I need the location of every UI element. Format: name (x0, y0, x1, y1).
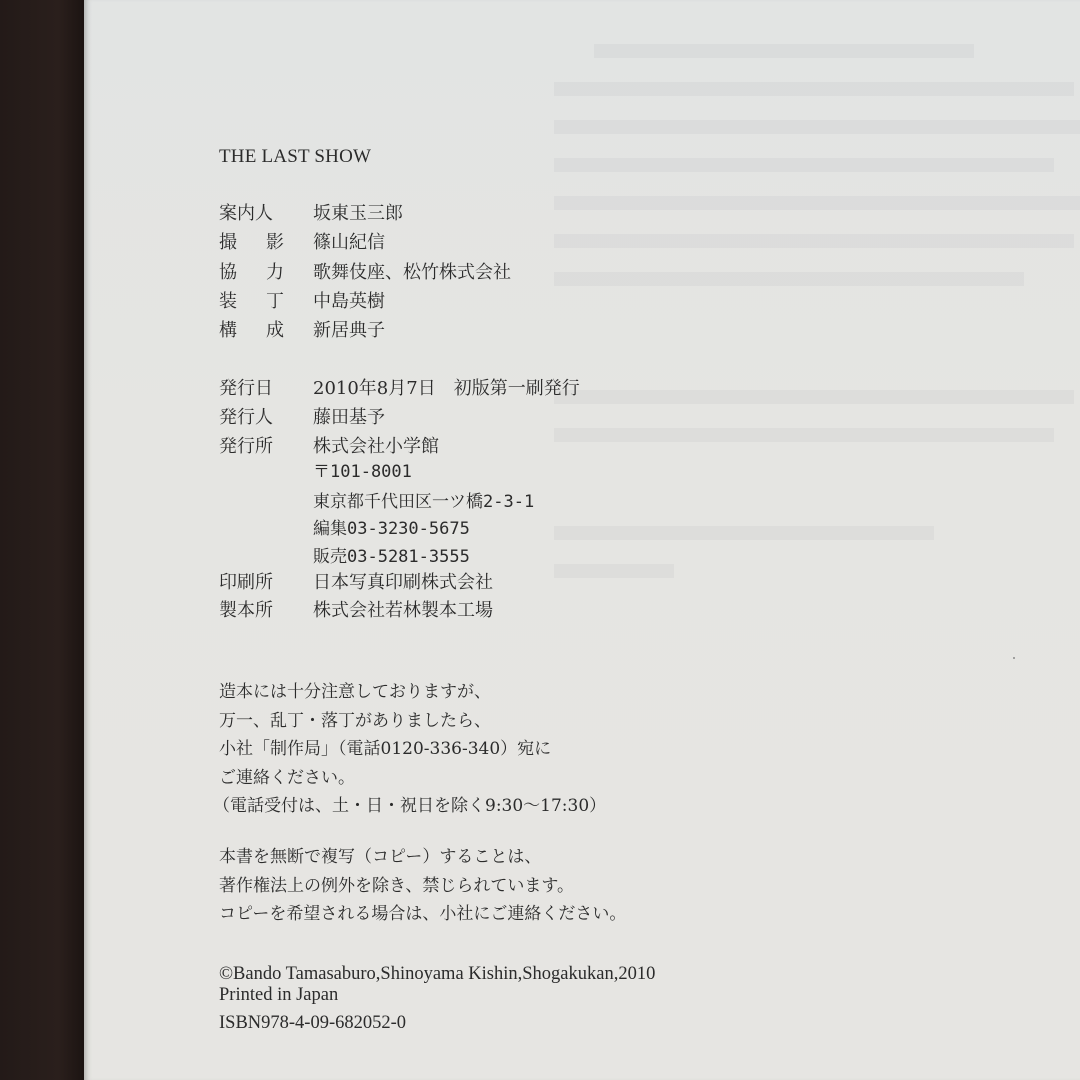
binder: 製本所株式会社若林製本工場 (219, 598, 493, 624)
credit-photography: 撮影篠山紀信 (219, 230, 385, 256)
credit-label: 撮影 (219, 230, 313, 256)
notice-line: 著作権法上の例外を除き、禁じられています。 (219, 872, 626, 901)
credit-guide: 案内人坂東玉三郎 (219, 201, 403, 227)
credit-value: 中島英樹 (313, 289, 385, 315)
paper-speck (1013, 657, 1015, 659)
editorial-phone: 編集03-3230-5675 (313, 516, 470, 542)
credit-value: 坂東玉三郎 (313, 201, 403, 227)
pub-value: 2010年8月7日 初版第一刷発行 (313, 376, 580, 402)
book-title: THE LAST SHOW (219, 146, 371, 168)
pub-value: 藤田基予 (313, 405, 385, 431)
printer: 印刷所日本写真印刷株式会社 (219, 570, 493, 596)
notice-line: 本書を無断で複写（コピー）することは、 (219, 843, 626, 872)
sales-phone: 販売03-5281-3555 (313, 544, 470, 570)
pub-label: 発行人 (219, 405, 313, 431)
credit-value: 歌舞伎座、松竹株式会社 (313, 260, 511, 286)
credit-label: 装丁 (219, 289, 313, 315)
credit-composition: 構成新居典子 (219, 318, 385, 344)
book-cover-edge (0, 0, 84, 1080)
publisher: 発行所株式会社小学館 (219, 434, 439, 460)
isbn: ISBN978-4-09-682052-0 (219, 1010, 406, 1036)
pub-value: 株式会社若林製本工場 (313, 598, 493, 624)
notice-line: コピーを希望される場合は、小社にご連絡ください。 (219, 900, 626, 929)
pub-value: 株式会社小学館 (313, 434, 439, 460)
credit-label: 協力 (219, 260, 313, 286)
notice-line: ご連絡ください。 (219, 764, 606, 793)
notice-line: 万一、乱丁・落丁がありましたら、 (219, 707, 606, 736)
defect-notice: 造本には十分注意しておりますが、 万一、乱丁・落丁がありましたら、 小社「制作局… (219, 678, 606, 821)
pub-label: 発行所 (219, 434, 313, 460)
address: 東京都千代田区一ツ橋2-3-1 (313, 489, 534, 515)
pub-label: 印刷所 (219, 570, 313, 596)
copy-notice: 本書を無断で複写（コピー）することは、 著作権法上の例外を除き、禁じられています… (219, 843, 626, 929)
credit-value: 新居典子 (313, 318, 385, 344)
credit-cooperation: 協力歌舞伎座、松竹株式会社 (219, 260, 511, 286)
pub-label: 発行日 (219, 376, 313, 402)
publication-date: 発行日2010年8月7日 初版第一刷発行 (219, 376, 580, 402)
credit-value: 篠山紀信 (313, 230, 385, 256)
credit-design: 装丁中島英樹 (219, 289, 385, 315)
credit-label: 案内人 (219, 201, 313, 227)
credit-label: 構成 (219, 318, 313, 344)
show-through-text (554, 30, 1080, 670)
publisher-person: 発行人藤田基予 (219, 405, 385, 431)
notice-line: 小社「制作局」（電話0120-336-340）宛に (219, 735, 606, 764)
pub-label: 製本所 (219, 598, 313, 624)
postal-code: 〒101-8001 (313, 459, 412, 485)
pub-value: 日本写真印刷株式会社 (313, 570, 493, 596)
printed-in: Printed in Japan (219, 982, 338, 1008)
notice-line: 造本には十分注意しておりますが、 (219, 678, 606, 707)
notice-line: （電話受付は、土・日・祝日を除く9:30〜17:30） (213, 792, 606, 821)
